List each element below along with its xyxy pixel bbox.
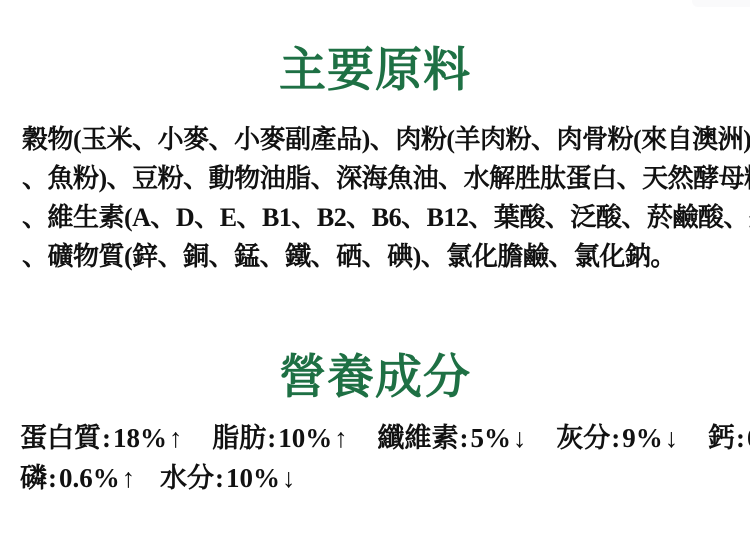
nutrient-moisture: 水分:10%↓ [160, 461, 296, 495]
nutrient-value: 10% [226, 463, 280, 493]
down-arrow-icon: ↓ [665, 423, 679, 453]
colon: : [101, 423, 113, 453]
nutrient-label: 纖維素 [378, 423, 459, 453]
top-right-artifact [692, 0, 750, 7]
colon: : [214, 463, 226, 493]
nutrient-calcium: 鈣:0.8%↑ [708, 421, 750, 455]
nutrient-label: 脂肪 [212, 423, 266, 453]
nutrient-label: 蛋白質 [20, 423, 101, 453]
product-info-page: 主要原料 穀物(玉米、小麥、小麥副產品)、肉粉(羊肉粉、肉骨粉(來自澳洲) 、魚… [0, 0, 750, 552]
nutrition-section-title: 營養成分 [0, 353, 750, 400]
ingredients-section-title: 主要原料 [0, 46, 750, 93]
down-arrow-icon: ↓ [513, 423, 527, 453]
nutrient-label: 磷 [20, 463, 47, 493]
ingredients-line-4: 、礦物質(鋅、銅、錳、鐵、硒、碘)、氯化膽鹼、氯化鈉。 [22, 237, 740, 276]
colon: : [735, 423, 747, 453]
nutrient-ash: 灰分:9%↓ [556, 421, 678, 455]
nutrient-fiber: 纖維素:5%↓ [378, 421, 527, 455]
nutrition-row-2: 磷:0.6%↑ 水分:10%↓ [20, 461, 750, 495]
up-arrow-icon: ↑ [334, 423, 348, 453]
ingredients-paragraph: 穀物(玉米、小麥、小麥副產品)、肉粉(羊肉粉、肉骨粉(來自澳洲) 、魚粉)、豆粉… [22, 120, 740, 276]
colon: : [266, 423, 278, 453]
up-arrow-icon: ↑ [122, 463, 136, 493]
nutrient-value: 5% [471, 423, 512, 453]
colon: : [610, 423, 622, 453]
nutrient-fat: 脂肪:10%↑ [212, 421, 348, 455]
nutrient-label: 水分 [160, 463, 214, 493]
nutrition-row-1: 蛋白質:18%↑ 脂肪:10%↑ 纖維素:5%↓ 灰分:9%↓ 鈣:0.8%↑ [20, 421, 750, 455]
up-arrow-icon: ↑ [169, 423, 183, 453]
nutrient-protein: 蛋白質:18%↑ [20, 421, 183, 455]
ingredients-line-2: 、魚粉)、豆粉、動物油脂、深海魚油、水解胜肽蛋白、天然酵母粉 [22, 159, 740, 198]
ingredients-line-3: 、維生素(A、D、E、B1、B2、B6、B12、葉酸、泛酸、菸鹼酸、生物素) [22, 198, 740, 237]
nutrient-value: 10% [278, 423, 332, 453]
nutrient-phosphorus: 磷:0.6%↑ [20, 461, 135, 495]
down-arrow-icon: ↓ [282, 463, 296, 493]
colon: : [47, 463, 59, 493]
nutrient-value: 9% [622, 423, 663, 453]
ingredients-line-1: 穀物(玉米、小麥、小麥副產品)、肉粉(羊肉粉、肉骨粉(來自澳洲) [22, 120, 740, 159]
nutrient-label: 鈣 [708, 423, 735, 453]
colon: : [459, 423, 471, 453]
nutrient-value: 0.6% [59, 463, 120, 493]
nutrient-label: 灰分 [556, 423, 610, 453]
nutrient-value: 18% [113, 423, 167, 453]
